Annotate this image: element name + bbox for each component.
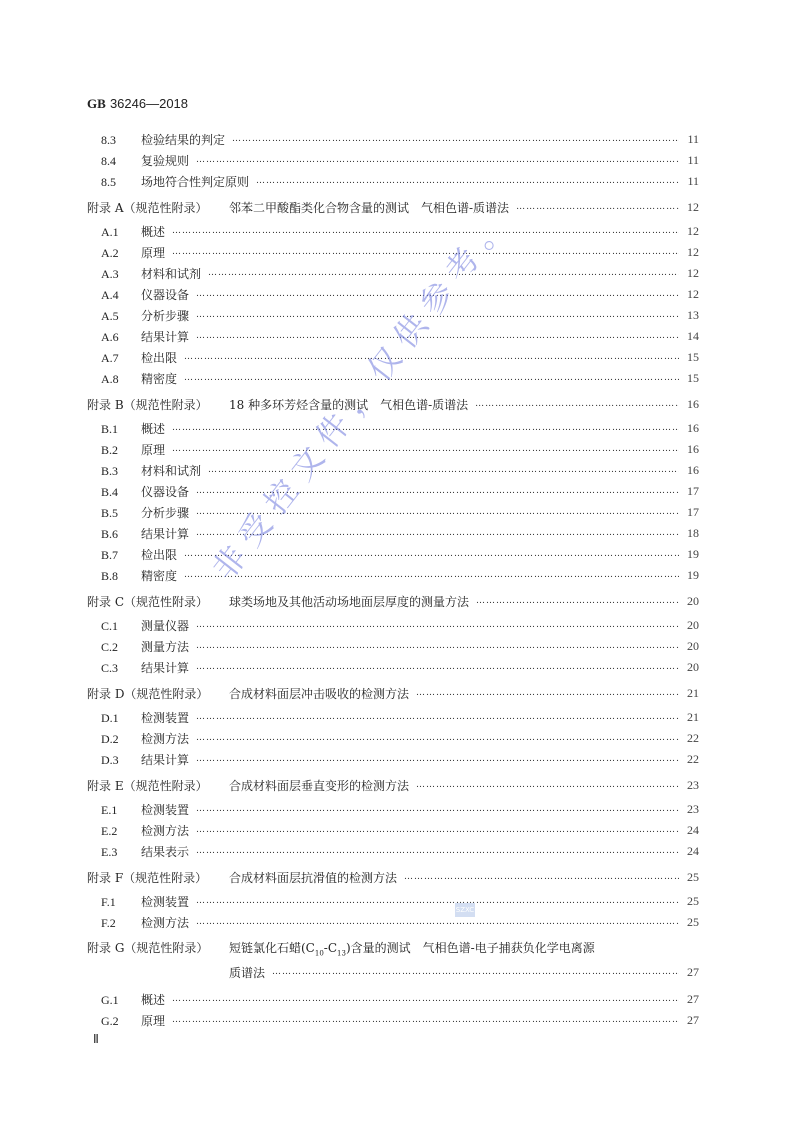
- toc-entry-title: 仪器设备: [141, 485, 189, 499]
- toc-entry-code: B.6: [101, 527, 141, 542]
- toc-entry[interactable]: B.7检出限19: [87, 545, 699, 563]
- toc-entry-page: 22: [683, 752, 699, 767]
- toc-entry-code: 8.4: [101, 154, 141, 169]
- toc-entry-page: 16: [683, 421, 699, 436]
- toc-entry-page: 20: [683, 594, 699, 609]
- toc-entry-label: A.4仪器设备: [87, 286, 192, 303]
- watermark-logo-icon: SZXC: [455, 903, 475, 917]
- leader-dots: [196, 151, 679, 169]
- toc-entry[interactable]: 附录 F（规范性附录）合成材料面层抗滑值的检测方法25: [87, 868, 699, 886]
- toc-entry-label: A.8精密度: [87, 370, 180, 387]
- toc-entry-title: 检测方法: [141, 732, 189, 746]
- toc-entry-code: B.4: [101, 485, 141, 500]
- leader-dots: [196, 524, 679, 542]
- toc-entry-title: 检测方法: [141, 824, 189, 838]
- toc-entry[interactable]: G.1概述27: [87, 990, 699, 1008]
- toc-entry[interactable]: G.2原理27: [87, 1011, 699, 1029]
- standard-prefix: GB: [87, 96, 106, 111]
- toc-entry-title: 检出限: [141, 548, 177, 562]
- toc-entry-code: C.2: [101, 640, 141, 655]
- toc-entry-title: 结果计算: [141, 330, 189, 344]
- toc-entry-code: A.3: [101, 267, 141, 282]
- toc-entry-title: 结果计算: [141, 753, 189, 767]
- toc-entry-code: B.3: [101, 464, 141, 479]
- toc-entry[interactable]: A.2原理12: [87, 243, 699, 261]
- toc-entry-page: 20: [683, 639, 699, 654]
- toc-entry-code: 8.3: [101, 133, 141, 148]
- toc-appendix-code: 附录 G（规范性附录）: [87, 939, 229, 956]
- toc-entry[interactable]: 8.3检验结果的判定11: [87, 130, 699, 148]
- toc-entry[interactable]: 8.5场地符合性判定原则11: [87, 172, 699, 190]
- toc-entry[interactable]: B.4仪器设备17: [87, 482, 699, 500]
- toc-entry-title: 短链氯化石蜡(C10-C13)含量的测试 气相色谱-电子捕获负化学电离源: [229, 941, 595, 955]
- leader-dots: [272, 963, 679, 981]
- toc-entry-page: 12: [683, 224, 699, 239]
- leader-dots: [232, 130, 679, 148]
- toc-entry-page: 15: [683, 350, 699, 365]
- toc-entry-title: 材料和试剂: [141, 464, 201, 478]
- leader-dots: [196, 800, 679, 818]
- toc-entry-label: B.6结果计算: [87, 525, 192, 542]
- toc-entry-code: D.3: [101, 753, 141, 768]
- toc-entry-title: 概述: [141, 422, 165, 436]
- toc-entry-code: A.6: [101, 330, 141, 345]
- toc-entry-label: 附录 B（规范性附录）18 种多环芳烃含量的测试 气相色谱-质谱法: [87, 396, 471, 413]
- toc-entry[interactable]: A.3材料和试剂12: [87, 264, 699, 282]
- leader-dots: [475, 395, 679, 413]
- toc-entry-title: 检测方法: [141, 916, 189, 930]
- toc-entry[interactable]: C.3结果计算20: [87, 658, 699, 676]
- toc-entry-code: G.2: [101, 1014, 141, 1029]
- toc-entry-label: G.2原理: [87, 1012, 168, 1029]
- toc-entry-page: 11: [683, 174, 699, 189]
- toc-entry-title: 精密度: [141, 372, 177, 386]
- toc-entry-code: A.1: [101, 225, 141, 240]
- toc-entry[interactable]: A.1概述12: [87, 222, 699, 240]
- leader-dots: [196, 616, 679, 634]
- toc-entry-label: F.1检测装置: [87, 893, 192, 910]
- leader-dots: [256, 172, 679, 190]
- toc-appendix-code: 附录 E（规范性附录）: [87, 777, 229, 794]
- toc-entry-code: C.1: [101, 619, 141, 634]
- toc-entry-page: 20: [683, 660, 699, 675]
- toc-entry-code: A.7: [101, 351, 141, 366]
- toc-entry-label: D.3结果计算: [87, 751, 192, 768]
- leader-dots: [196, 892, 679, 910]
- toc-entry-label: E.2检测方法: [87, 822, 192, 839]
- toc-entry-title: 分析步骤: [141, 309, 189, 323]
- leader-dots: [196, 637, 679, 655]
- toc-entry-code: B.7: [101, 548, 141, 563]
- toc-entry-page: 20: [683, 618, 699, 633]
- toc-entry-page: 18: [683, 526, 699, 541]
- toc-entry-page: 11: [683, 153, 699, 168]
- toc-entry-title: 邻苯二甲酸酯类化合物含量的测试 气相色谱-质谱法: [229, 201, 509, 215]
- toc-entry[interactable]: B.1概述16: [87, 419, 699, 437]
- toc-entry-page: 25: [683, 870, 699, 885]
- toc-entry-label: B.3材料和试剂: [87, 462, 204, 479]
- toc-entry-label: A.7检出限: [87, 349, 180, 366]
- leader-dots: [196, 327, 679, 345]
- toc-entry-title: 结果表示: [141, 845, 189, 859]
- toc-entry[interactable]: D.1检测装置21: [87, 708, 699, 726]
- toc-entry[interactable]: B.2原理16: [87, 440, 699, 458]
- toc-entry-label: 附录 F（规范性附录）合成材料面层抗滑值的检测方法: [87, 869, 400, 886]
- toc-entry-page: 13: [683, 308, 699, 323]
- toc-entry[interactable]: 附录 D（规范性附录）合成材料面层冲击吸收的检测方法21: [87, 684, 699, 702]
- toc-entry-code: 8.5: [101, 175, 141, 190]
- leader-dots: [196, 482, 679, 500]
- toc-entry-page: 27: [683, 1013, 699, 1028]
- leader-dots: [184, 566, 679, 584]
- toc-entry-title: 复验规则: [141, 154, 189, 168]
- toc-entry-title: 结果计算: [141, 661, 189, 675]
- toc-entry[interactable]: C.1测量仪器20: [87, 616, 699, 634]
- toc-entry-title: 检测装置: [141, 895, 189, 909]
- toc-entry-label: B.8精密度: [87, 567, 180, 584]
- toc-entry-label: A.3材料和试剂: [87, 265, 204, 282]
- standard-number: 36246—2018: [110, 96, 188, 111]
- leader-dots: [184, 369, 679, 387]
- toc-entry-title: 原理: [141, 1014, 165, 1028]
- toc-appendix-code: 附录 D（规范性附录）: [87, 685, 229, 702]
- toc-entry-title: 概述: [141, 993, 165, 1007]
- toc-entry[interactable]: 附录 A（规范性附录）邻苯二甲酸酯类化合物含量的测试 气相色谱-质谱法12: [87, 198, 699, 216]
- toc-entry-code: A.5: [101, 309, 141, 324]
- toc-appendix-code: 附录 C（规范性附录）: [87, 593, 229, 610]
- toc-entry[interactable]: 附录 E（规范性附录）合成材料面层垂直变形的检测方法23: [87, 776, 699, 794]
- toc-entry-title: 原理: [141, 443, 165, 457]
- toc-entry-title: 检测装置: [141, 803, 189, 817]
- toc-entry-code: E.3: [101, 845, 141, 860]
- toc-entry-page: 21: [683, 710, 699, 725]
- toc-entry-label: B.2原理: [87, 441, 168, 458]
- toc-entry-title: 场地符合性判定原则: [141, 175, 249, 189]
- leader-dots: [196, 821, 679, 839]
- toc-entry-code: F.2: [101, 916, 141, 931]
- toc-entry-title: 仪器设备: [141, 288, 189, 302]
- toc-entry-page: 12: [683, 266, 699, 281]
- toc-entry-title: 检测装置: [141, 711, 189, 725]
- toc-entry[interactable]: 附录 C（规范性附录）球类场地及其他活动场地面层厚度的测量方法20: [87, 592, 699, 610]
- toc-entry[interactable]: B.3材料和试剂16: [87, 461, 699, 479]
- page-number: Ⅱ: [93, 1032, 99, 1047]
- leader-dots: [196, 658, 679, 676]
- leader-dots: [196, 503, 679, 521]
- toc-entry-code: B.2: [101, 443, 141, 458]
- toc-entry-page: 16: [683, 442, 699, 457]
- leader-dots: [476, 592, 679, 610]
- toc-entry-title: 检出限: [141, 351, 177, 365]
- toc-entry-code: C.3: [101, 661, 141, 676]
- toc-entry-page: 23: [683, 802, 699, 817]
- toc-entry-label: 8.3检验结果的判定: [87, 131, 228, 148]
- toc-entry-label: A.1概述: [87, 223, 168, 240]
- toc-entry[interactable]: 附录 B（规范性附录）18 种多环芳烃含量的测试 气相色谱-质谱法16: [87, 395, 699, 413]
- toc-entry[interactable]: E.1检测装置23: [87, 800, 699, 818]
- toc-entry-title: 精密度: [141, 569, 177, 583]
- toc-entry-label: 附录 C（规范性附录）球类场地及其他活动场地面层厚度的测量方法: [87, 593, 472, 610]
- toc-entry-label: 附录 E（规范性附录）合成材料面层垂直变形的检测方法: [87, 777, 412, 794]
- toc-entry-title: 原理: [141, 246, 165, 260]
- toc-entry-page: 16: [683, 463, 699, 478]
- toc-entry-page: 24: [683, 823, 699, 838]
- toc-entry[interactable]: A.4仪器设备12: [87, 285, 699, 303]
- toc-entry-label: D.1检测装置: [87, 709, 192, 726]
- toc-entry-page: 17: [683, 484, 699, 499]
- toc-entry-label: C.1测量仪器: [87, 617, 192, 634]
- toc-entry-page: 12: [683, 245, 699, 260]
- toc-entry-page: 19: [683, 568, 699, 583]
- toc-entry-title: 分析步骤: [141, 506, 189, 520]
- toc-entry-label: C.2测量方法: [87, 638, 192, 655]
- toc-entry-title: 检验结果的判定: [141, 133, 225, 147]
- toc-entry-title: 结果计算: [141, 527, 189, 541]
- document-header: GB 36246—2018: [87, 96, 188, 112]
- toc-entry-title: 合成材料面层垂直变形的检测方法: [229, 779, 409, 793]
- toc-entry-label: B.1概述: [87, 420, 168, 437]
- toc-entry-label: 质谱法: [87, 964, 268, 981]
- toc-entry-label: 8.5场地符合性判定原则: [87, 173, 252, 190]
- toc-entry[interactable]: F.1检测装置25: [87, 892, 699, 910]
- leader-dots: [416, 776, 679, 794]
- toc-entry-page: 25: [683, 894, 699, 909]
- leader-dots: [172, 243, 679, 261]
- leader-dots: [196, 708, 679, 726]
- toc-entry-label: 附录 G（规范性附录）短链氯化石蜡(C10-C13)含量的测试 气相色谱-电子捕…: [87, 939, 598, 957]
- toc-entry[interactable]: B.5分析步骤17: [87, 503, 699, 521]
- leader-dots: [196, 913, 679, 931]
- toc-entry[interactable]: D.2检测方法22: [87, 729, 699, 747]
- toc-entry-title: 测量方法: [141, 640, 189, 654]
- toc-entry[interactable]: E.2检测方法24: [87, 821, 699, 839]
- toc-appendix-code: 附录 F（规范性附录）: [87, 869, 229, 886]
- leader-dots: [416, 684, 679, 702]
- toc-entry-label: E.1检测装置: [87, 801, 192, 818]
- toc-entry-page: 12: [683, 200, 699, 215]
- toc-entry-title: 18 种多环芳烃含量的测试 气相色谱-质谱法: [229, 398, 468, 412]
- leader-dots: [516, 198, 679, 216]
- toc-entry-page: 22: [683, 731, 699, 746]
- toc-entry-label: A.6结果计算: [87, 328, 192, 345]
- toc-entry[interactable]: 8.4复验规则11: [87, 151, 699, 169]
- toc-entry-label: E.3结果表示: [87, 843, 192, 860]
- toc-entry[interactable]: F.2检测方法25: [87, 913, 699, 931]
- toc-entry[interactable]: B.8精密度19: [87, 566, 699, 584]
- toc-entry-label: A.2原理: [87, 244, 168, 261]
- toc-appendix-code: 附录 A（规范性附录）: [87, 199, 229, 216]
- toc-entry-title: 合成材料面层抗滑值的检测方法: [229, 871, 397, 885]
- toc-entry-label: 附录 A（规范性附录）邻苯二甲酸酯类化合物含量的测试 气相色谱-质谱法: [87, 199, 512, 216]
- toc-entry-title: 质谱法: [229, 966, 265, 980]
- leader-dots: [172, 1011, 679, 1029]
- toc-entry-page: 19: [683, 547, 699, 562]
- leader-dots: [196, 842, 679, 860]
- leader-dots: [196, 306, 679, 324]
- toc-entry[interactable]: B.6结果计算18: [87, 524, 699, 542]
- toc-entry-page: 25: [683, 915, 699, 930]
- toc-entry-page: 21: [683, 686, 699, 701]
- toc-entry-title: 合成材料面层冲击吸收的检测方法: [229, 687, 409, 701]
- toc-appendix-code: 附录 B（规范性附录）: [87, 396, 229, 413]
- toc-entry-label: G.1概述: [87, 991, 168, 1008]
- toc-entry-label: 8.4复验规则: [87, 152, 192, 169]
- toc-entry-code: A.2: [101, 246, 141, 261]
- toc-entry-page: 23: [683, 778, 699, 793]
- toc-entry[interactable]: A.6结果计算14: [87, 327, 699, 345]
- toc-entry-title: 测量仪器: [141, 619, 189, 633]
- toc-entry-label: D.2检测方法: [87, 730, 192, 747]
- leader-dots: [184, 348, 679, 366]
- toc-entry-code: E.1: [101, 803, 141, 818]
- toc-entry-label: B.4仪器设备: [87, 483, 192, 500]
- leader-dots: [172, 990, 679, 1008]
- toc-entry-code: A.8: [101, 372, 141, 387]
- leader-dots: [208, 264, 679, 282]
- toc-entry-page: 14: [683, 329, 699, 344]
- toc-entry-label: B.7检出限: [87, 546, 180, 563]
- toc-entry-label: 附录 D（规范性附录）合成材料面层冲击吸收的检测方法: [87, 685, 412, 702]
- toc-entry[interactable]: E.3结果表示24: [87, 842, 699, 860]
- toc-entry-title: 概述: [141, 225, 165, 239]
- leader-dots: [172, 440, 679, 458]
- toc-entry-code: B.8: [101, 569, 141, 584]
- leader-dots: [208, 461, 679, 479]
- toc-entry[interactable]: A.5分析步骤13: [87, 306, 699, 324]
- toc-entry[interactable]: 质谱法27: [87, 963, 699, 981]
- toc-entry[interactable]: D.3结果计算22: [87, 750, 699, 768]
- leader-dots: [184, 545, 679, 563]
- toc-entry-label: B.5分析步骤: [87, 504, 192, 521]
- leader-dots: [196, 750, 679, 768]
- leader-dots: [404, 868, 679, 886]
- leader-dots: [172, 222, 679, 240]
- toc-entry-page: 16: [683, 397, 699, 412]
- toc-entry-label: F.2检测方法: [87, 914, 192, 931]
- toc-entry-code: A.4: [101, 288, 141, 303]
- toc-entry-page: 12: [683, 287, 699, 302]
- leader-dots: [196, 285, 679, 303]
- toc-entry[interactable]: A.7检出限15: [87, 348, 699, 366]
- toc-entry[interactable]: C.2测量方法20: [87, 637, 699, 655]
- toc-entry-code: B.1: [101, 422, 141, 437]
- toc-entry[interactable]: A.8精密度15: [87, 369, 699, 387]
- toc-entry-label: C.3结果计算: [87, 659, 192, 676]
- leader-dots: [196, 729, 679, 747]
- toc-entry-code: G.1: [101, 993, 141, 1008]
- toc-entry-code: E.2: [101, 824, 141, 839]
- toc-entry-code: F.1: [101, 895, 141, 910]
- toc-entry-title: 球类场地及其他活动场地面层厚度的测量方法: [229, 595, 469, 609]
- toc-entry[interactable]: 附录 G（规范性附录）短链氯化石蜡(C10-C13)含量的测试 气相色谱-电子捕…: [87, 939, 699, 957]
- toc-entry-page: 15: [683, 371, 699, 386]
- toc-entry-page: 27: [683, 965, 699, 980]
- toc-entry-code: D.2: [101, 732, 141, 747]
- toc-entry-page: 27: [683, 992, 699, 1007]
- toc-entry-page: 17: [683, 505, 699, 520]
- toc-entry-code: B.5: [101, 506, 141, 521]
- toc-entry-label: A.5分析步骤: [87, 307, 192, 324]
- toc-entry-code: D.1: [101, 711, 141, 726]
- toc-entry-page: 11: [683, 132, 699, 147]
- toc-entry-page: 24: [683, 844, 699, 859]
- leader-dots: [172, 419, 679, 437]
- toc-entry-title: 材料和试剂: [141, 267, 201, 281]
